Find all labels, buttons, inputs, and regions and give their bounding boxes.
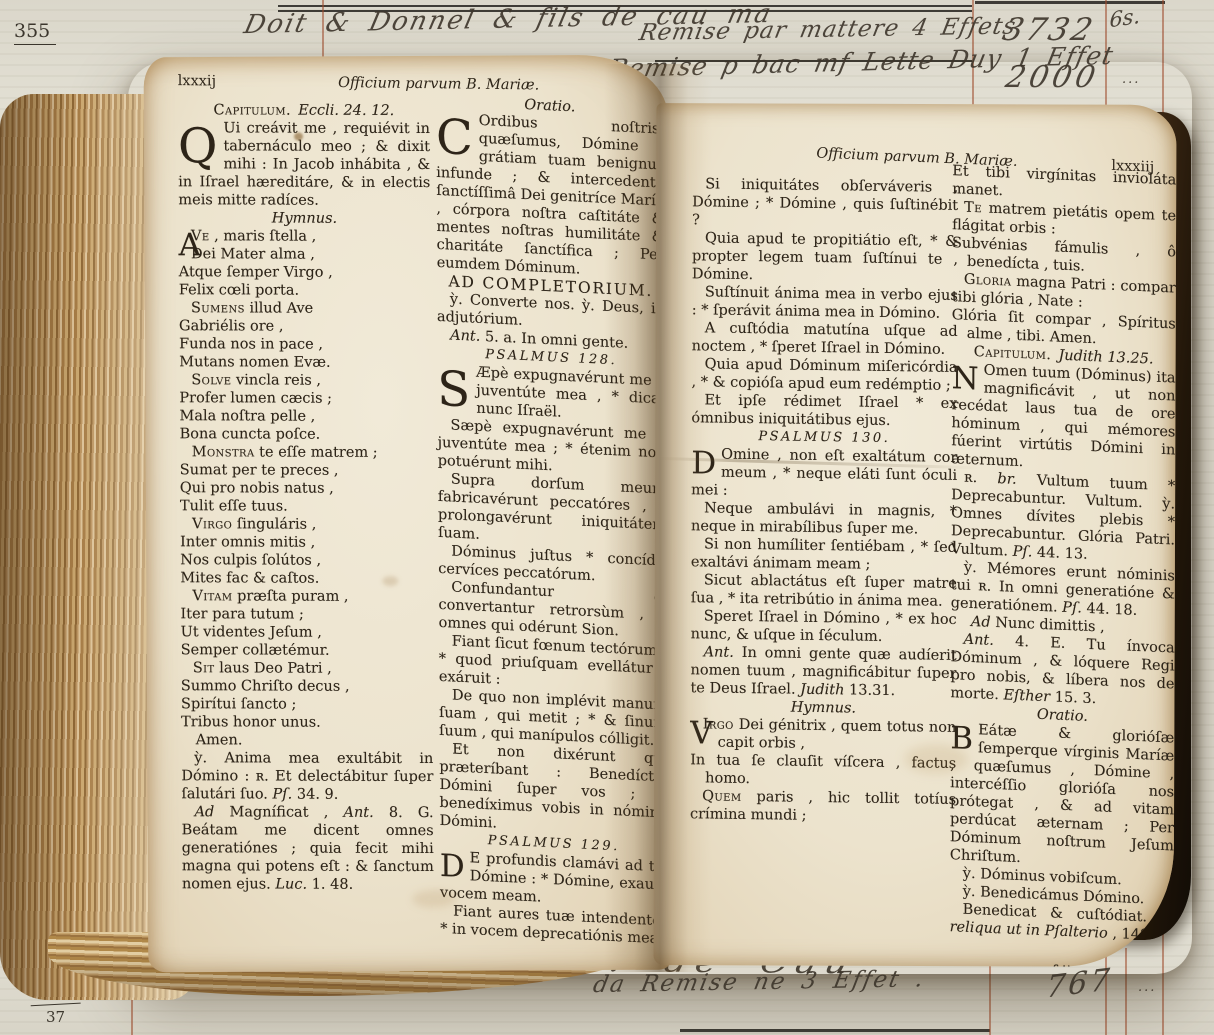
paragraph-dropcap: QUi creávit me , requiévit in tabernácul… <box>178 119 430 210</box>
stanza: Sit laus Deo Patri ,Summo Chriſto decus … <box>181 659 433 750</box>
left-folio-number: lxxxij <box>178 73 216 89</box>
drop-cap: C <box>436 110 479 163</box>
stanza: Te matrem pietátis opem te flágitat orbi… <box>952 198 1176 279</box>
stanza: Monstra te eſſe matrem ;Sumat per te pre… <box>180 443 432 516</box>
verse-line: Solve vincla reis , <box>179 371 431 390</box>
ledger-entry-number: 355 <box>14 20 56 45</box>
stanza: Vitam præſta puram ,Iter para tutum ;Ut … <box>180 587 432 660</box>
capitulum-heading: Capitulum. Eccli. 24. 12. <box>178 101 430 120</box>
verse-line: Ve , maris ſtella , <box>178 227 430 246</box>
handwriting-sous: ... <box>1122 72 1140 87</box>
verse-line: Amen. <box>181 731 433 750</box>
verse-line: Summo Chriſto decus , <box>181 677 433 696</box>
verse-line: Spirítui ſancto ; <box>181 695 433 714</box>
verse-line: Virgo ſinguláris , <box>180 515 432 534</box>
paragraph: Quia apud Dóminum miſericórdia , * & cop… <box>692 355 958 395</box>
verse-line: Sumens illud Ave <box>179 299 431 318</box>
handwriting-amount: 2000 <box>1003 60 1103 95</box>
signature-mark: f ij <box>949 958 1173 967</box>
handwriting-sous: ... <box>1138 980 1156 995</box>
paragraph: A cuſtódia matutína uſque ad noctem , * … <box>692 319 958 359</box>
verse-line: Atque ſemper Virgo , <box>179 263 431 282</box>
paragraph: ỳ. Mémores erunt nóminis tui ʀ. In omni … <box>951 558 1175 621</box>
drop-cap: N <box>951 360 983 395</box>
verse-line: Iter para tutum ; <box>180 605 432 624</box>
verse-line: Dei Mater alma , <box>179 245 431 264</box>
paragraph-dropcap: DOmine , non eſt exaltátum cor meum , * … <box>691 445 957 503</box>
capitulum-reference: Eccli. 24. 12. <box>291 103 394 119</box>
verse-line: Vitam præſta puram , <box>180 587 432 606</box>
verse-line: Bona cuncta poſce. <box>180 425 432 444</box>
book-gutter-shadow <box>604 64 712 972</box>
verse-line: Inter omnis mitis , <box>180 533 432 552</box>
ink-stain <box>294 133 303 141</box>
verse-line: Quem paris , hic tollit totíus crímina m… <box>690 787 956 827</box>
verse-line: Funda nos in pace , <box>179 335 431 354</box>
paragraph: Si iniquitátes obſerváveris , Dómine ; *… <box>692 175 958 233</box>
stanza: Gloria magna Patri : compar tibi glória … <box>952 270 1176 351</box>
paragraph: ỳ. Anima mea exultábit in Dómino : ʀ. Et… <box>181 749 433 804</box>
left-running-header: lxxxij Officium parvum B. Mariæ. <box>178 73 650 95</box>
paragraph: Et ipſe rédimet Iſrael * ex ómnibus iniq… <box>691 391 957 431</box>
verse-line: Felix cœli porta. <box>179 281 431 300</box>
verse-line: Monstra te eſſe matrem ; <box>180 443 432 462</box>
verse-line: Nos culpis ſolútos , <box>180 551 432 570</box>
verse-line: Tribus honor unus. <box>181 713 433 732</box>
right-page-column-2: Et tibi virgínitas invioláta manet.Te ma… <box>949 162 1176 967</box>
verse-line: Qui pro nobis natus , <box>180 479 432 498</box>
verse-line: Semper collætémur. <box>181 641 433 660</box>
paragraph: Suſtínuit ánima mea in verbo ejus : * ſp… <box>692 283 958 323</box>
photo-open-antique-book-on-ledger: 355 Doit & Donnel & fils de cau ma Remis… <box>0 0 1214 1035</box>
paragraph-dropcap: NOmen tuum (Dóminus) ita magnificávit , … <box>951 360 1175 477</box>
drop-cap: Q <box>178 119 224 170</box>
capitulum-label: Capitulum. <box>974 344 1052 363</box>
foxing-spot <box>904 744 968 774</box>
paragraph: Quia apud te propitiátio eſt, * & propte… <box>692 229 958 287</box>
paragraph: Ant. 4. E. Tu ínvoca Dóminum , & lóquere… <box>950 630 1174 711</box>
ruled-line <box>680 1029 990 1032</box>
verse-line: Tulit eſſe tuus. <box>180 497 432 516</box>
ruled-line <box>975 1 1165 4</box>
left-page-column-1: Capitulum. Eccli. 24. 12.QUi creávit me … <box>178 101 434 894</box>
paragraph: Si non humíliter ſentiébam , * ſed exalt… <box>691 535 957 575</box>
stanza: Quem paris , hic tollit totíus crímina m… <box>690 787 956 827</box>
verse-line: Sit laus Deo Patri , <box>181 659 433 678</box>
right-page: Officium parvum B. Mariæ. lxxxiij Si ini… <box>653 103 1176 967</box>
paragraph: Ant. In omni gente quæ audíerit nomen tu… <box>690 643 956 701</box>
paragraph-dropcap: BEátæ & glorióſæ ſemperque vírginis Marí… <box>950 720 1174 873</box>
ledger-entry-number-2: 37 <box>46 1008 65 1026</box>
drop-cap: S <box>437 362 476 415</box>
capitulum-label: Capitulum. <box>213 102 291 118</box>
paragraph: Speret Iſrael in Dómino , * ex hoc nunc,… <box>691 607 957 647</box>
paragraph: Neque ambulávi in magnis, * neque in mir… <box>691 499 957 539</box>
verse-line: Gabriélis ore , <box>179 317 431 336</box>
paragraph: ʀ. br. Vultum tuum * Deprecabuntur. Vult… <box>951 468 1175 567</box>
stanza: Solve vincla reis ,Profer lumen cæcis ;M… <box>179 371 431 444</box>
paragraph: Ad Magníficat , Ant. 8. G. Beátam me dic… <box>182 803 434 894</box>
paragraph: Sicut ablactátus eſt ſuper matre ſua , *… <box>691 571 957 611</box>
verse-line: Sumat per te preces , <box>180 461 432 480</box>
verse-line: Mala noſtra pelle , <box>179 407 431 426</box>
handwriting-sous: 6s. <box>1109 4 1140 33</box>
heading-italic: Hymnus. <box>178 209 430 228</box>
foxing-spot <box>382 576 398 586</box>
left-page: lxxxij Officium parvum B. Mariæ. Capitul… <box>144 55 673 973</box>
stanza: Sumens illud AveGabriélis ore ,Funda nos… <box>179 299 431 372</box>
verse-line: Mutans nomen Evæ. <box>179 353 431 372</box>
right-page-column-1: Si iniquitátes obſerváveris , Dómine ; *… <box>690 175 958 827</box>
verse-line: Ut videntes Jeſum , <box>181 623 433 642</box>
verse-line: Profer lumen cæcis ; <box>179 389 431 408</box>
stanza-dropcap: AVe , maris ſtella ,Dei Mater alma ,Atqu… <box>178 227 430 300</box>
left-running-title: Officium parvum B. Mariæ. <box>338 75 539 93</box>
drop-cap: D <box>440 848 470 883</box>
